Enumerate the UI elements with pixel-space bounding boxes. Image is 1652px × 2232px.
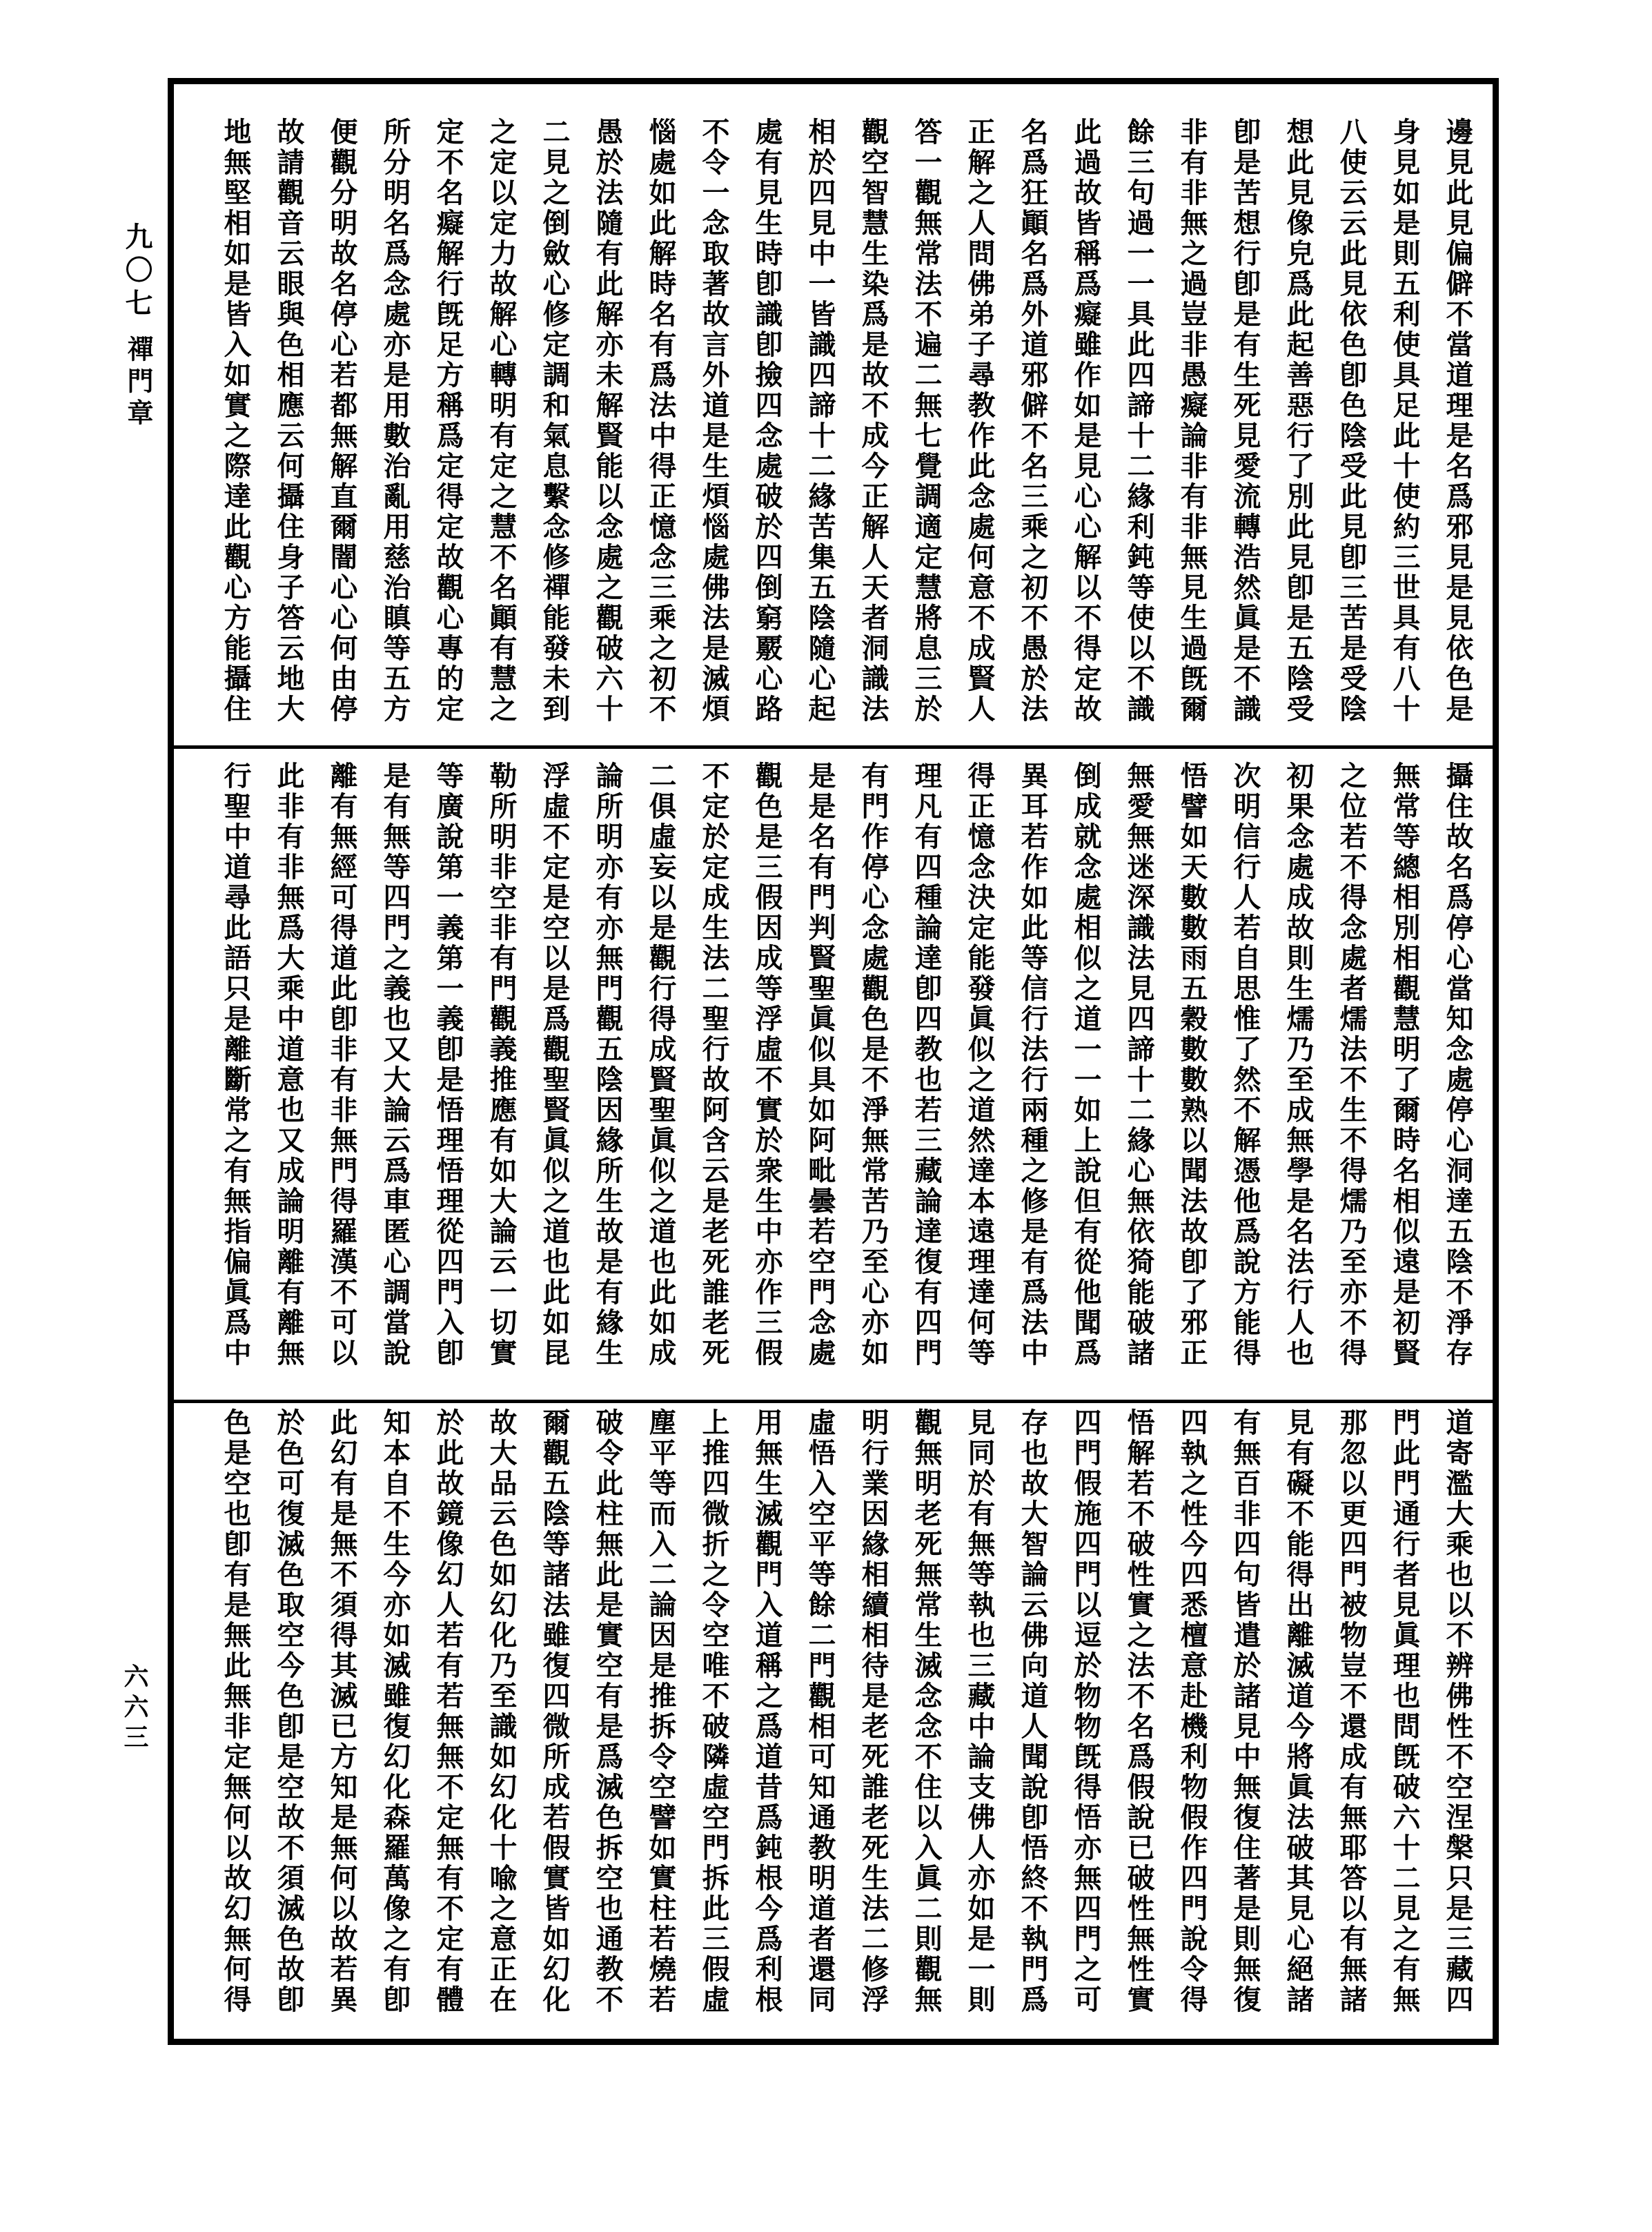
text-column: 之位若不得念處者燸法不生不得燸乃至亦不得 <box>1325 761 1378 1376</box>
text-column: 那忽以更四門被物豈不還成有無耶答以有無諸 <box>1325 1408 1378 2022</box>
text-column: 觀空智慧生染爲是故不成今正解人天者洞識法 <box>847 117 900 732</box>
text-column: 浮虛不定是空以是爲觀聖賢眞似之道也此如昆 <box>528 761 581 1376</box>
text-block-upper: 邊見此見偏僻不當道理是名爲邪見是見依色是身見如是則五利使具足此十使約三世具有八十… <box>209 117 1484 732</box>
text-column: 二見之倒斂心修定調和氣息繫念修禪能發未到 <box>528 117 581 732</box>
text-column: 悟譬如天數數雨五穀數數熟以聞法故卽了邪正 <box>1166 761 1219 1376</box>
text-column: 無常等總相別相觀慧明了爾時名相似遠是初賢 <box>1378 761 1431 1376</box>
text-column: 攝住故名爲停心當知念處停心洞達五陰不淨存 <box>1431 761 1484 1376</box>
text-column: 門此門通行者見眞理也問旣破六十二見之有無 <box>1378 1408 1431 2022</box>
text-column: 悟解若不破性實之法不名爲假說已破性無性實 <box>1112 1408 1166 2022</box>
text-column: 卽是苦想行卽是有生死見愛流轉浩然眞是不識 <box>1219 117 1272 732</box>
text-column: 等廣說第一義第一義卽是悟理悟理從四門入卽 <box>422 761 475 1376</box>
text-column: 答一觀無常法不遍二無七覺調適定慧將息三於 <box>900 117 953 732</box>
text-column: 之定以定力故解心轉明有定之慧不名顚有慧之 <box>475 117 528 732</box>
text-column: 相於四見中一皆識四諦十二緣苦集五陰隨心起 <box>794 117 847 732</box>
text-frame-border: 邊見此見偏僻不當道理是名爲邪見是見依色是身見如是則五利使具足此十使約三世具有八十… <box>168 78 1499 2045</box>
text-column: 次明信行人若自思惟了然不解憑他爲說方能得 <box>1219 761 1272 1376</box>
text-column: 正解之人問佛弟子尋教作此念處何意不成賢人 <box>953 117 1006 732</box>
text-column: 名爲狂顚名爲外道邪僻不名三乘之初不愚於法 <box>1006 117 1059 732</box>
text-column: 此過故皆稱爲癡雖作如是見心心解以不得定故 <box>1059 117 1112 732</box>
horizontal-rule-upper <box>174 745 1493 749</box>
text-column: 便觀分明故名停心若都無解直爾闇心心何由停 <box>315 117 368 732</box>
text-column: 非有非無之過豈非愚癡論非有非無見生過旣爾 <box>1166 117 1219 732</box>
text-column: 異耳若作如此等信行法行兩種之修是有爲法中 <box>1006 761 1059 1376</box>
text-column: 不定於定成生法二聖行故阿含云是老死誰老死 <box>687 761 740 1376</box>
text-column: 道寄濫大乘也以不辨佛性不空涅槃只是三藏四 <box>1431 1408 1484 2022</box>
text-column: 知本自不生今亦如滅雖復幻化森羅萬像之有卽 <box>368 1408 422 2022</box>
text-column: 上推四微折之令空唯不破隣虛空門拆此三假虛 <box>687 1408 740 2022</box>
text-column: 身見如是則五利使具足此十使約三世具有八十 <box>1378 117 1431 732</box>
text-block-lower: 道寄濫大乘也以不辨佛性不空涅槃只是三藏四門此門通行者見眞理也問旣破六十二見之有無… <box>209 1408 1484 2022</box>
text-column: 破令此柱無此是實空有是爲滅色拆空也通教不 <box>581 1408 634 2022</box>
text-column: 初果念處成故則生燸乃至成無學是名法行人也 <box>1272 761 1325 1376</box>
text-column: 塵平等而入二論因是推拆令空譬如實柱若燒若 <box>634 1408 687 2022</box>
text-column: 色是空也卽有是無此無非定無何以故幻無何得 <box>209 1408 262 2022</box>
text-column: 惱處如此解時名有爲法中得正憶念三乘之初不 <box>634 117 687 732</box>
text-column: 四門假施四門以逗於物物旣得悟亦無四門之可 <box>1059 1408 1112 2022</box>
text-column: 於此故鏡像幻人若有若無無不定無有不定有體 <box>422 1408 475 2022</box>
margin-volume-number: 九〇七 <box>117 222 157 322</box>
text-column: 想此見像皃爲此起善惡行了別此見卽是五陰受 <box>1272 117 1325 732</box>
text-column: 處有見生時卽識卽撿四念處破於四倒窮覈心路 <box>740 117 794 732</box>
text-column: 定不名癡解行旣足方稱爲定得定故觀心專的定 <box>422 117 475 732</box>
text-column: 爾觀五陰等諸法雖復四微所成若假實皆如幻化 <box>528 1408 581 2022</box>
text-column: 故大品云色如幻化乃至識如幻化十喩之意正在 <box>475 1408 528 2022</box>
text-column: 有無百非四句皆遣於諸見中無復住著是則無復 <box>1219 1408 1272 2022</box>
text-column: 四執之性今四悉檀意赴機利物假作四門說令得 <box>1166 1408 1219 2022</box>
text-column: 是有無等四門之義也又大論云爲車匿心調當說 <box>368 761 422 1376</box>
horizontal-rule-lower <box>174 1400 1493 1403</box>
text-block-middle: 攝住故名爲停心當知念處停心洞達五陰不淨存無常等總相別相觀慧明了爾時名相似遠是初賢… <box>209 761 1484 1376</box>
text-column: 倒成就念處相似之道一一如上說但有從他聞爲 <box>1059 761 1112 1376</box>
text-column: 故請觀音云眼與色相應云何攝住身子答云地大 <box>262 117 315 732</box>
text-column: 觀色是三假因成等浮虛不實於衆生中亦作三假 <box>740 761 794 1376</box>
text-column: 有門作停心念處觀色是不淨無常苦乃至心亦如 <box>847 761 900 1376</box>
text-column: 虛悟入空平等餘二門觀相可知通教明道者還同 <box>794 1408 847 2022</box>
text-column: 行聖中道尋此語只是離斷常之有無指偏眞爲中 <box>209 761 262 1376</box>
text-column: 餘三句過一一具此四諦十二緣利鈍等使以不識 <box>1112 117 1166 732</box>
text-column: 存也故大智論云佛向道人聞說卽悟終不執門爲 <box>1006 1408 1059 2022</box>
text-column: 所分明名爲念處亦是用數治亂用慈治瞋等五方 <box>368 117 422 732</box>
text-column: 離有無經可得道此卽非有非無門得羅漢不可以 <box>315 761 368 1376</box>
text-column: 地無堅相如是皆入如實之際達此觀心方能攝住 <box>209 117 262 732</box>
text-column: 用無生滅觀門入道稱之爲道昔爲鈍根今爲利根 <box>740 1408 794 2022</box>
text-column: 明行業因緣相續相待是老死誰老死生法二修浮 <box>847 1408 900 2022</box>
text-column: 此幻有是無不須得其滅已方知是無何以故若異 <box>315 1408 368 2022</box>
scanned-page: 九〇七 禪門章 六六三 邊見此見偏僻不當道理是名爲邪見是見依色是身見如是則五利使… <box>0 0 1652 2232</box>
text-column: 八使云云此見依色卽色陰受此見卽三苦是受陰 <box>1325 117 1378 732</box>
text-column: 不令一念取著故言外道是生煩惱處佛法是滅煩 <box>687 117 740 732</box>
text-column: 此非有非無爲大乘中道意也又成論明離有離無 <box>262 761 315 1376</box>
margin-folio-number: 六六三 <box>117 1663 153 1754</box>
text-column: 論所明亦有亦無門觀五陰因緣所生故是有緣生 <box>581 761 634 1376</box>
text-column: 見同於有無等執也三藏中論支佛人亦如是一則 <box>953 1408 1006 2022</box>
text-column: 於色可復滅色取空今色卽是空故不須滅色故卽 <box>262 1408 315 2022</box>
text-column: 是是名有門判賢聖眞似具如阿毗曇若空門念處 <box>794 761 847 1376</box>
text-column: 二俱虛妄以是觀行得成賢聖眞似之道也此如成 <box>634 761 687 1376</box>
text-column: 邊見此見偏僻不當道理是名爲邪見是見依色是 <box>1431 117 1484 732</box>
text-column: 愚於法隨有此解亦未解賢能以念處之觀破六十 <box>581 117 634 732</box>
text-column: 見有礙不能得出離滅道今將眞法破其見心絕諸 <box>1272 1408 1325 2022</box>
text-column: 觀無明老死無常生滅念念不住以入眞二則觀無 <box>900 1408 953 2022</box>
text-column: 理凡有四種論達卽四教也若三藏論達復有四門 <box>900 761 953 1376</box>
margin-book-title: 禪門章 <box>119 335 157 431</box>
text-column: 無愛無迷深識法見四諦十二緣心無依猗能破諸 <box>1112 761 1166 1376</box>
text-column: 勒所明非空非有門觀義推應有如大論云一切實 <box>475 761 528 1376</box>
text-column: 得正憶念決定能發眞似之道然達本遠理達何等 <box>953 761 1006 1376</box>
